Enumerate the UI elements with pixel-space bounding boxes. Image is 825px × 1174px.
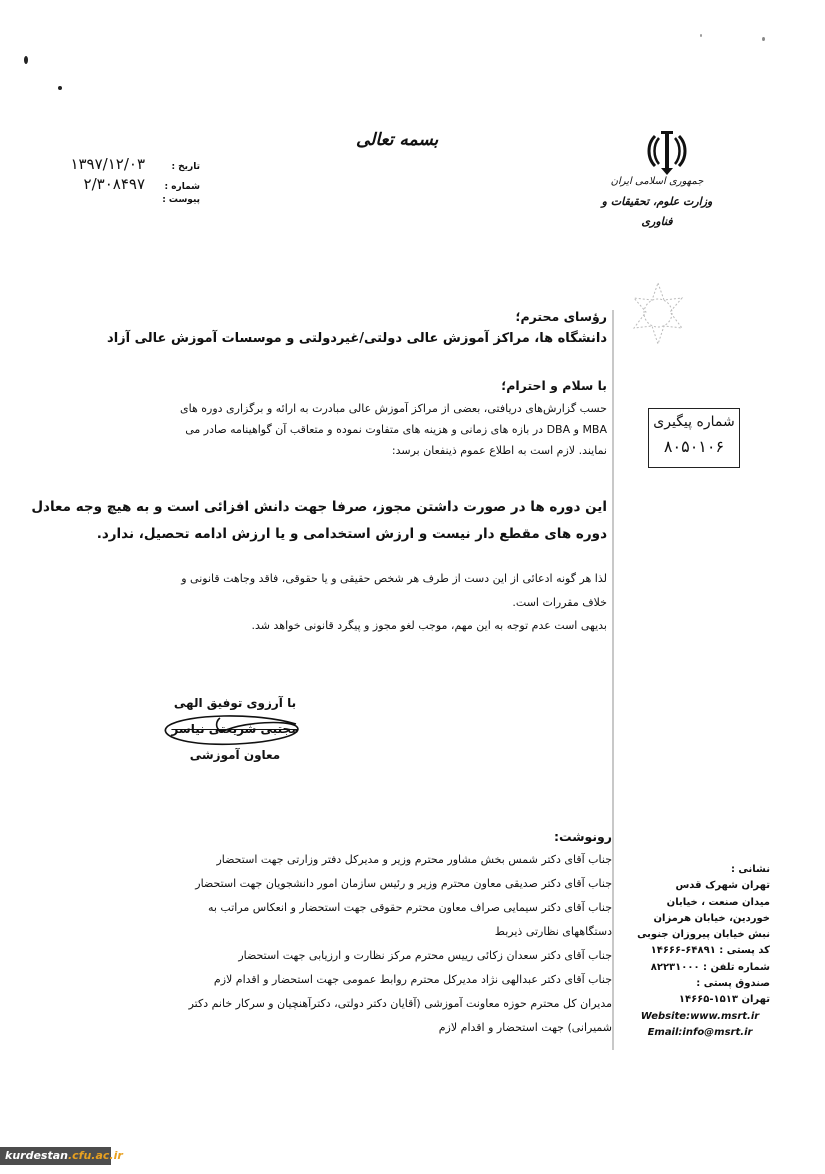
address-line: نبش خیابان پیروزان جنوبی xyxy=(630,927,770,943)
republic-name: جمهوری اسلامی ایران xyxy=(598,172,716,192)
emphasis-block: این دوره ها در صورت داشتن مجوز، صرفا جهت… xyxy=(7,494,607,548)
addressee-block: رؤسای محترم؛ دانشگاه ها، مراکز آموزش عال… xyxy=(7,306,607,350)
scan-speck xyxy=(58,86,62,90)
para2-line: خلاف مقررات است. xyxy=(7,592,607,614)
cc-line: مدیران کل محترم حوزه معاونت آموزشی (آقای… xyxy=(100,992,612,1016)
email-link[interactable]: Email:info@msrt.ir xyxy=(630,1025,770,1041)
basmala: بسمه تعالی xyxy=(356,130,438,150)
cc-line: شمیرانی) جهت استحضار و اقدام لازم xyxy=(100,1016,612,1040)
signature-scribble-icon xyxy=(156,712,306,752)
emphasis-line: این دوره ها در صورت داشتن مجوز، صرفا جهت… xyxy=(7,494,607,521)
source-watermark: kurdestan.cfu.ac.ir xyxy=(0,1147,111,1165)
address-line: خوردین، خیابان هرمزان xyxy=(630,911,770,927)
address-line: میدان صنعت ، خیابان xyxy=(630,895,770,911)
number-row: شماره : ۲/۳۰۸۴۹۷ xyxy=(55,175,200,195)
scan-speck xyxy=(700,34,702,37)
scan-speck xyxy=(762,37,765,41)
para2-block: لذا هر گونه ادعائی از این دست از طرف هر … xyxy=(7,566,607,638)
watermark-domain: kurdestan xyxy=(5,1149,68,1162)
ministry-name: وزارت علوم، تحقیقات و فناوری xyxy=(598,192,716,232)
address-line: نشانی : xyxy=(630,862,770,878)
phone-number: شماره تلفن : ۸۲۲۳۱۰۰۰ xyxy=(630,960,770,976)
date-value: ۱۳۹۷/۱۲/۰۳ xyxy=(70,155,145,173)
signature-block: با آرزوی توفیق الهی مجتبی شریعتی نیاسر م… xyxy=(150,690,320,768)
attachment-label: پیوست : xyxy=(155,195,200,205)
cc-line: جناب آقای دکتر صدیقی معاون محترم وزیر و … xyxy=(100,872,612,896)
postal-code: کد پستی : ۶۴۸۹۱-۱۴۶۶۶ xyxy=(630,943,770,959)
cc-line: دستگاههای نظارتی ذیربط xyxy=(100,920,612,944)
po-box-label: صندوق پستی : xyxy=(630,976,770,992)
website-link[interactable]: Website:www.msrt.ir xyxy=(630,1009,770,1025)
para1-line: نمایند. لازم است به اطلاع عموم ذینفعان ب… xyxy=(7,440,607,461)
faded-stamp-icon xyxy=(618,278,698,348)
tracking-title: شماره پیگیری xyxy=(649,409,739,435)
number-label: شماره : xyxy=(155,182,200,192)
greeting-block: با سلام و احترام؛ حسب گزارش‌های دریافتی،… xyxy=(7,374,607,461)
para1-line: حسب گزارش‌های دریافتی، بعضی از مراکز آمو… xyxy=(7,398,607,419)
address-line: تهران شهرک قدس xyxy=(630,878,770,894)
cc-line: جناب آقای دکتر سیمایی صراف معاون محترم ح… xyxy=(100,896,612,920)
addressee: دانشگاه ها، مراکز آموزش عالی دولتی/غیردو… xyxy=(7,328,607,350)
date-row: تاریخ : ۱۳۹۷/۱۲/۰۳ xyxy=(55,155,200,175)
cc-block: رونوشت: جناب آقای دکتر شمس بخش مشاور محت… xyxy=(100,826,612,1040)
iran-emblem-icon xyxy=(645,128,689,178)
scan-speck xyxy=(24,56,28,64)
watermark-tld: .cfu.ac.ir xyxy=(68,1149,123,1162)
letter-meta: تاریخ : ۱۳۹۷/۱۲/۰۳ شماره : ۲/۳۰۸۴۹۷ پیوس… xyxy=(55,155,200,215)
attachment-row: پیوست : xyxy=(55,195,200,215)
tracking-number: ۸۰۵۰۱۰۶ xyxy=(649,435,739,459)
margin-rule xyxy=(612,310,614,1050)
para2-line: لذا هر گونه ادعائی از این دست از طرف هر … xyxy=(7,566,607,592)
tracking-number-box: شماره پیگیری ۸۰۵۰۱۰۶ xyxy=(648,408,740,468)
para3: بدیهی است عدم توجه به این مهم، موجب لغو … xyxy=(7,614,607,638)
ministry-header: جمهوری اسلامی ایران وزارت علوم، تحقیقات … xyxy=(598,172,716,232)
ministry-address: نشانی : تهران شهرک قدس میدان صنعت ، خیاب… xyxy=(630,862,770,1041)
para1-line: MBA و DBA در بازه های زمانی و هزینه های … xyxy=(7,419,607,440)
greeting: با سلام و احترام؛ xyxy=(7,374,607,398)
emphasis-line: دوره های مقطع دار نیست و ارزش استخدامی و… xyxy=(7,521,607,548)
po-box: تهران ۱۵۱۳-۱۴۶۶۵ xyxy=(630,992,770,1008)
cc-heading: رونوشت: xyxy=(100,826,612,848)
date-label: تاریخ : xyxy=(155,162,200,172)
number-value: ۲/۳۰۸۴۹۷ xyxy=(84,175,145,193)
addressee-title: رؤسای محترم؛ xyxy=(7,306,607,328)
cc-line: جناب آقای دکتر شمس بخش مشاور محترم وزیر … xyxy=(100,848,612,872)
cc-line: جناب آقای دکتر سعدان زکائی رییس محترم مر… xyxy=(100,944,612,968)
cc-line: جناب آقای دکتر عبدالهی نژاد مدیرکل محترم… xyxy=(100,968,612,992)
